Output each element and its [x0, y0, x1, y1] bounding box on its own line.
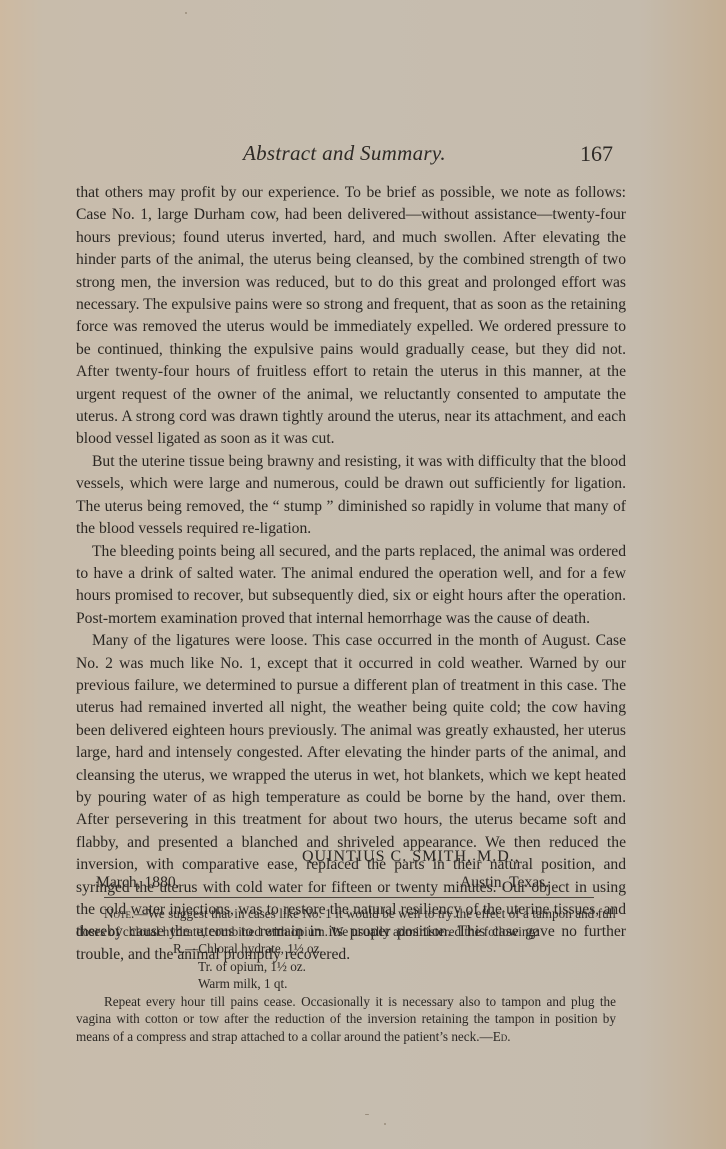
paragraph-uterine-tissue: But the uterine tissue being brawny and …	[76, 451, 626, 541]
editor-mark: —Ed.	[480, 1029, 511, 1044]
signature-place: Austin, Texas.	[460, 874, 549, 892]
paper-speck	[365, 1114, 369, 1115]
note-intro: Note.—We suggest that in cases like No. …	[76, 905, 616, 940]
section-divider	[104, 897, 594, 898]
author-name: QUINTIUS C. SMITH, M.D.,	[302, 848, 520, 866]
note-closing-text: Repeat every hour till pains cease. Occa…	[76, 994, 616, 1044]
paragraph-bleeding-points: The bleeding points being all secured, a…	[76, 541, 626, 631]
signature-block: QUINTIUS C. SMITH, M.D., March, 1880. Au…	[76, 848, 626, 896]
paragraph-case-1: that others may profit by our experience…	[76, 182, 626, 451]
page-header: Abstract and Summary. 167	[0, 141, 726, 171]
paper-speck	[185, 12, 187, 14]
signature-date: March, 1880.	[96, 874, 180, 892]
prescription: R.—Chloral hydrate, 1½ oz. Tr. of opium,…	[173, 940, 616, 993]
scanned-page: Abstract and Summary. 167 that others ma…	[0, 0, 726, 1149]
note-closing: Repeat every hour till pains cease. Occa…	[76, 993, 616, 1046]
editor-note: Note.—We suggest that in cases like No. …	[76, 905, 616, 1045]
page-number: 167	[580, 141, 613, 167]
note-label: Note.	[104, 906, 134, 921]
note-intro-text: —We suggest that in cases like No. 1 it …	[76, 906, 616, 939]
prescription-line: Warm milk, 1 qt.	[173, 975, 616, 993]
prescription-line: R.—Chloral hydrate, 1½ oz.	[173, 940, 616, 958]
paper-speck	[384, 1123, 386, 1125]
running-head: Abstract and Summary.	[243, 141, 446, 166]
prescription-line: Tr. of opium, 1½ oz.	[173, 958, 616, 976]
